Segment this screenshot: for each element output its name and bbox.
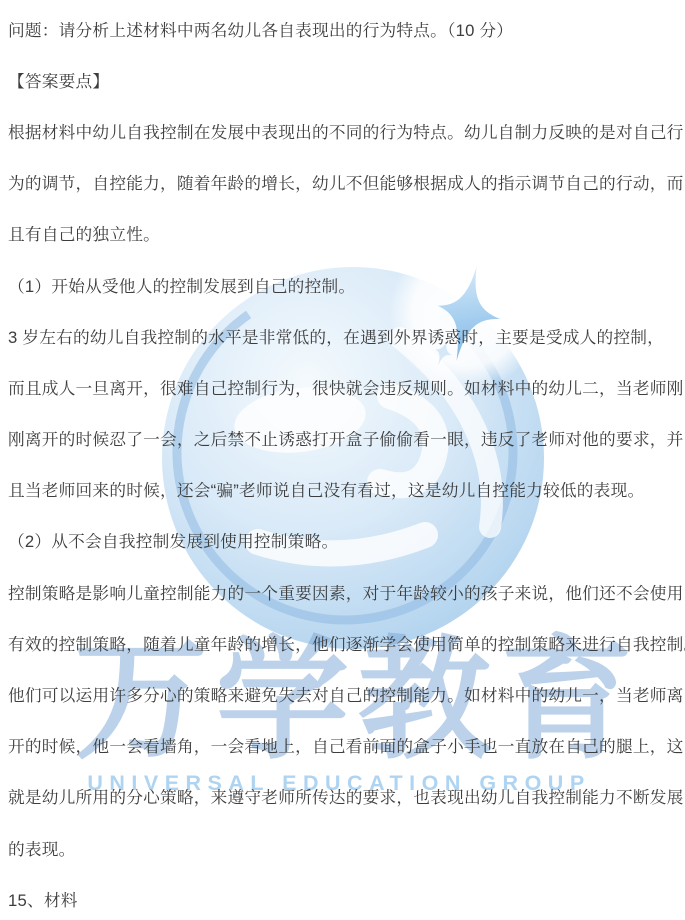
text-line: 问题：请分析上述材料中两名幼儿各自表现出的行为特点。（10 分） bbox=[8, 3, 685, 54]
text-line: 且有自己的独立性。 bbox=[8, 208, 685, 259]
document-text: 问题：请分析上述材料中两名幼儿各自表现出的行为特点。（10 分）【答案要点】根据… bbox=[0, 0, 685, 920]
text-line: 根据材料中幼儿自我控制在发展中表现出的不同的行为特点。幼儿自制力反映的是对自己行 bbox=[8, 105, 685, 156]
text-line: 控制策略是影响儿童控制能力的一个重要因素，对于年龄较小的孩子来说，他们还不会使用 bbox=[8, 566, 685, 617]
text-line: 且当老师回来的时候，还会“骗”老师说自己没有看过，这是幼儿自控能力较低的表现。 bbox=[8, 464, 685, 515]
text-line: 就是幼儿所用的分心策略，来遵守老师所传达的要求，也表现出幼儿自我控制能力不断发展 bbox=[8, 771, 685, 822]
text-line: 15、材料 bbox=[8, 873, 685, 920]
text-line: 3 岁左右的幼儿自我控制的水平是非常低的，在遇到外界诱惑时，主要是受成人的控制， bbox=[8, 310, 685, 361]
text-line: 开的时候，他一会看墙角，一会看地上，自己看前面的盒子小手也一直放在自己的腿上，这 bbox=[8, 720, 685, 771]
text-line: 有效的控制策略，随着儿童年龄的增长，他们逐渐学会使用简单的控制策略来进行自我控制… bbox=[8, 617, 685, 668]
text-line: （1）开始从受他人的控制发展到自己的控制。 bbox=[8, 259, 685, 310]
text-line: （2）从不会自我控制发展到使用控制策略。 bbox=[8, 515, 685, 566]
text-line: 的表现。 bbox=[8, 822, 685, 873]
text-line: 刚离开的时候忍了一会，之后禁不止诱惑打开盒子偷偷看一眼，违反了老师对他的要求，并 bbox=[8, 413, 685, 464]
text-line: 他们可以运用许多分心的策略来避免失去对自己的控制能力。如材料中的幼儿一，当老师离 bbox=[8, 668, 685, 719]
text-line: 而且成人一旦离开，很难自己控制行为，很快就会违反规则。如材料中的幼儿二，当老师刚 bbox=[8, 361, 685, 412]
text-line: 为的调节，自控能力，随着年龄的增长，幼儿不但能够根据成人的指示调节自己的行动，而 bbox=[8, 157, 685, 208]
text-line: 【答案要点】 bbox=[8, 54, 685, 105]
document-page: 万学教育 UNIVERSAL EDUCATION GROUP 问题：请分析上述材… bbox=[0, 0, 685, 920]
